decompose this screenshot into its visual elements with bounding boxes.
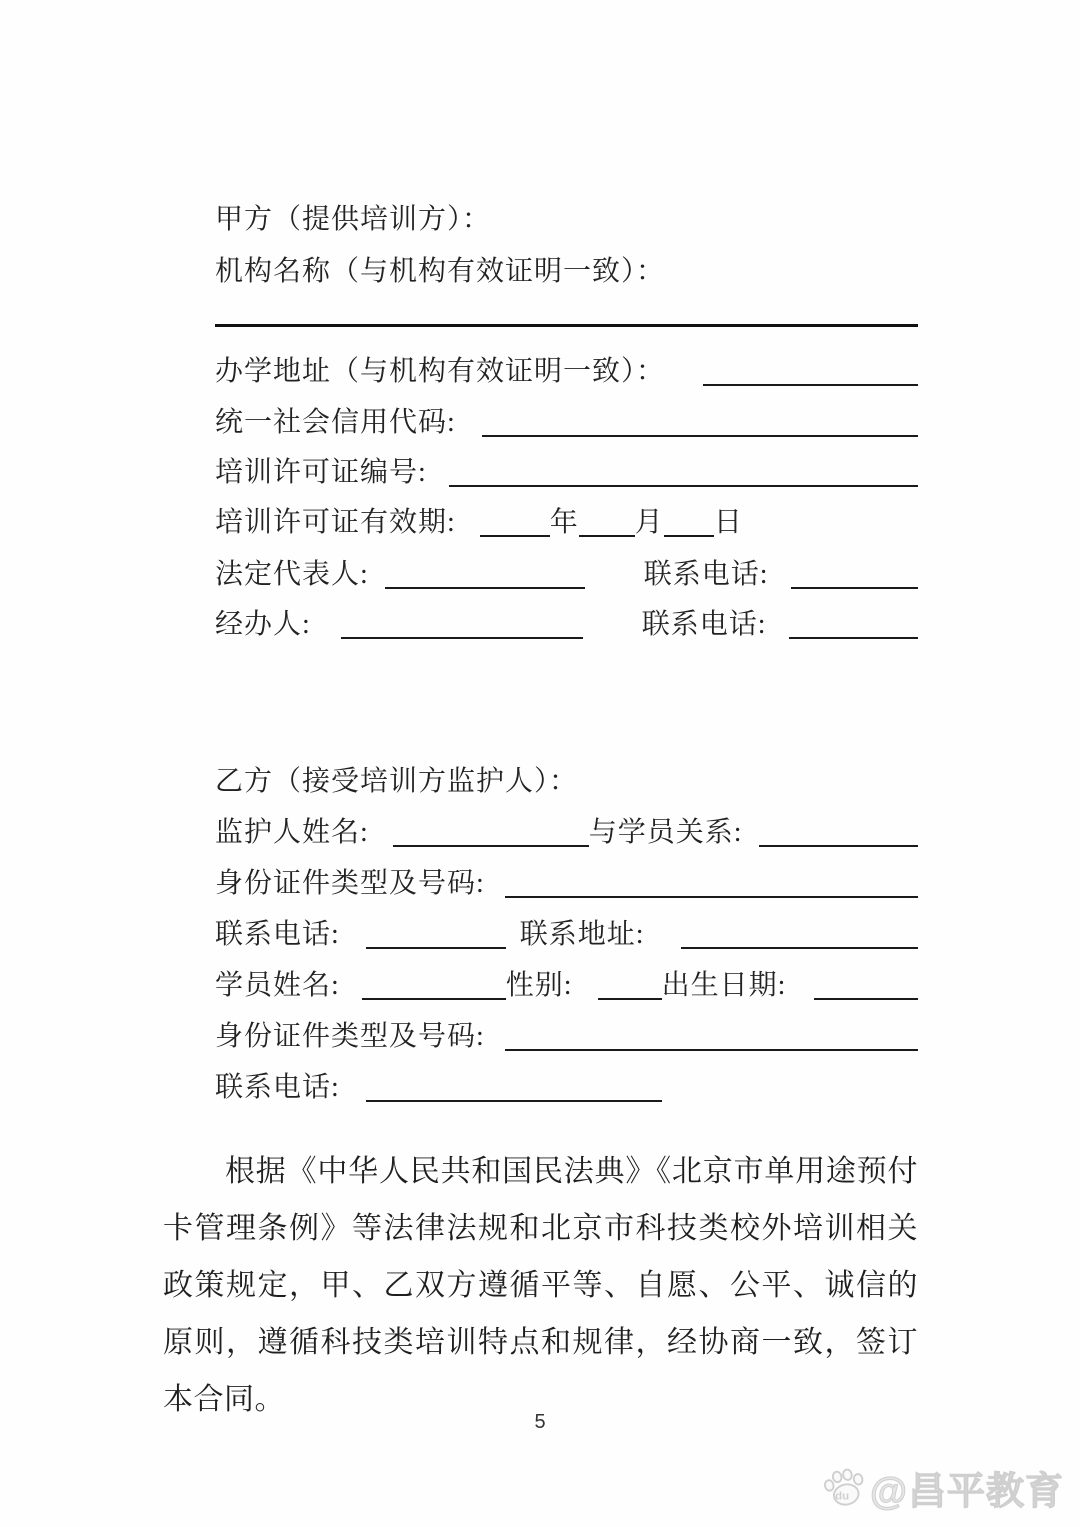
year-label: 年 — [550, 500, 579, 540]
student-name-field[interactable] — [362, 998, 506, 1000]
paw-du-text: du — [835, 1490, 849, 1502]
student-id-line: 身份证件类型及号码: — [215, 1014, 918, 1054]
birth-date-label: 出生日期: — [662, 963, 787, 1003]
relation-field[interactable] — [759, 845, 918, 847]
gender-label: 性别: — [506, 963, 573, 1003]
address-label: 办学地址（与机构有效证明一致）： — [215, 349, 665, 389]
preamble-paragraph: 根据《中华人民共和国民法典》《北京市单用途预付卡管理条例》等法律法规和北京市科技… — [163, 1143, 918, 1428]
agent-phone-field[interactable] — [789, 637, 918, 639]
watermark: du @昌平教育 — [822, 1460, 1064, 1515]
baidu-paw-icon: du — [822, 1468, 868, 1508]
birth-date-field[interactable] — [814, 998, 918, 1000]
legal-rep-label: 法定代表人: — [215, 552, 369, 592]
credit-code-line: 统一社会信用代码: — [215, 400, 918, 440]
agent-line: 经办人: 联系电话: — [215, 602, 918, 642]
guardian-id-label: 身份证件类型及号码: — [215, 861, 485, 901]
month-label: 月 — [635, 500, 664, 540]
license-no-label: 培训许可证编号: — [215, 450, 427, 490]
legal-rep-field[interactable] — [385, 587, 585, 589]
party-b-title: 乙方（接受培训方监护人）： — [215, 759, 578, 799]
agent-label: 经办人: — [215, 602, 311, 642]
valid-day-field[interactable] — [664, 535, 714, 537]
credit-code-field[interactable] — [482, 435, 918, 437]
license-validity-line: 培训许可证有效期: 年 月 日 — [215, 500, 918, 540]
student-id-label: 身份证件类型及号码: — [215, 1014, 485, 1054]
address-line: 办学地址（与机构有效证明一致）： — [215, 349, 918, 389]
guardian-name-field[interactable] — [393, 845, 589, 847]
guardian-phone-field[interactable] — [366, 947, 506, 949]
party-b-title-line: 乙方（接受培训方监护人）： — [215, 759, 918, 799]
agent-field[interactable] — [341, 637, 583, 639]
relation-label: 与学员关系: — [589, 810, 743, 850]
legal-rep-line: 法定代表人: 联系电话: — [215, 552, 918, 592]
agent-phone-label: 联系电话: — [642, 602, 767, 642]
guardian-id-field[interactable] — [505, 896, 918, 898]
contact-address-field[interactable] — [681, 947, 918, 949]
guardian-id-line: 身份证件类型及号码: — [215, 861, 918, 901]
valid-year-field[interactable] — [480, 535, 550, 537]
org-name-label: 机构名称（与机构有效证明一致）： — [215, 249, 665, 289]
org-name-field[interactable] — [215, 324, 918, 327]
party-a-title-line: 甲方（提供培训方）： — [215, 197, 918, 237]
watermark-text: @昌平教育 — [870, 1460, 1064, 1515]
license-no-line: 培训许可证编号: — [215, 450, 918, 490]
student-phone-line: 联系电话: — [215, 1065, 918, 1105]
license-valid-label: 培训许可证有效期: — [215, 500, 456, 540]
guardian-contact-line: 联系电话: 联系地址: — [215, 912, 918, 952]
day-label: 日 — [714, 500, 743, 540]
student-phone-field[interactable] — [366, 1100, 662, 1102]
party-a-title: 甲方（提供培训方）： — [215, 197, 491, 237]
student-name-label: 学员姓名: — [215, 963, 340, 1003]
address-field[interactable] — [703, 384, 918, 386]
license-no-field[interactable] — [449, 485, 918, 487]
gender-field[interactable] — [598, 998, 662, 1000]
page-number: 5 — [0, 1411, 1080, 1434]
guardian-name-line: 监护人姓名: 与学员关系: — [215, 810, 918, 850]
student-info-line: 学员姓名: 性别: 出生日期: — [215, 963, 918, 1003]
contact-address-label: 联系地址: — [520, 912, 645, 952]
guardian-name-label: 监护人姓名: — [215, 810, 369, 850]
guardian-phone-label: 联系电话: — [215, 912, 340, 952]
student-id-field[interactable] — [505, 1049, 918, 1051]
valid-month-field[interactable] — [579, 535, 635, 537]
contract-page: 甲方（提供培训方）： 机构名称（与机构有效证明一致）： 办学地址（与机构有效证明… — [0, 0, 1080, 1527]
legal-rep-phone-field[interactable] — [791, 587, 918, 589]
credit-code-label: 统一社会信用代码: — [215, 400, 456, 440]
org-name-line: 机构名称（与机构有效证明一致）： — [215, 249, 918, 289]
legal-rep-phone-label: 联系电话: — [644, 552, 769, 592]
student-phone-label: 联系电话: — [215, 1065, 340, 1105]
